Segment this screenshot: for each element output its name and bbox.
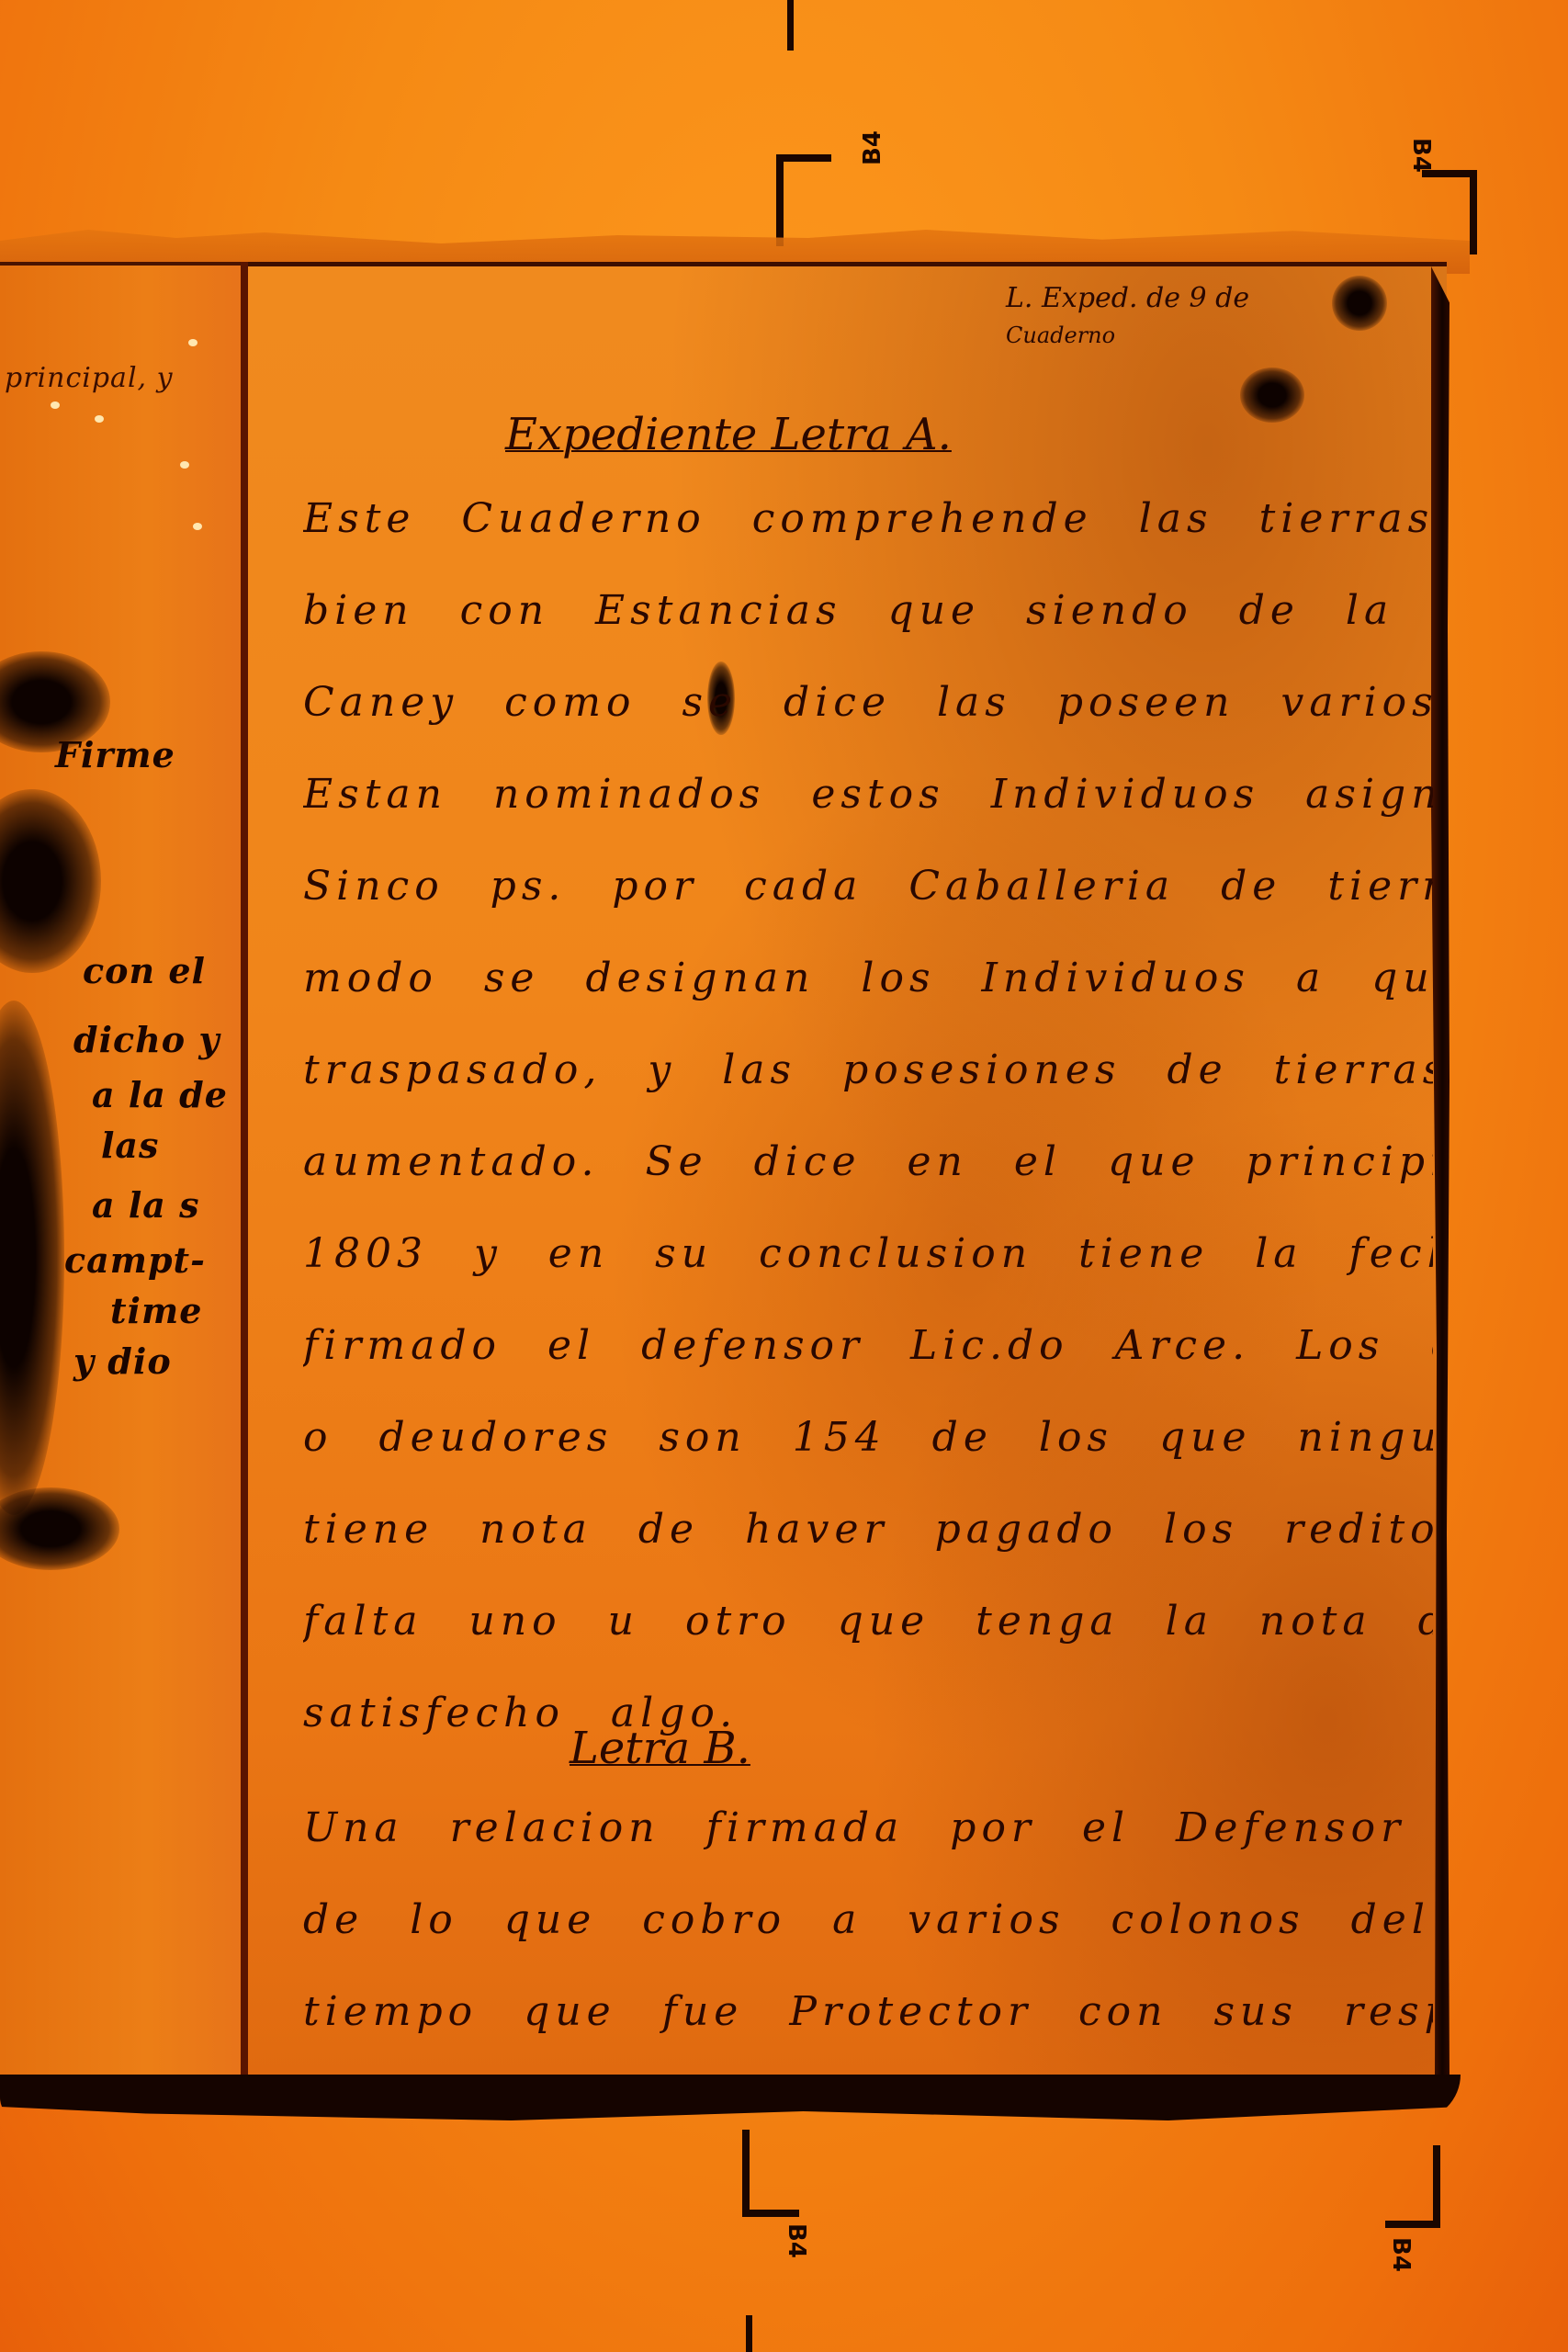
body-text-letra-b: Una relacion firmada por el Defensor Lic… bbox=[303, 1782, 1433, 2058]
left-page-line: Firme bbox=[55, 734, 175, 775]
crop-mark-top-right-v bbox=[1470, 170, 1477, 254]
manuscript-line: Una relacion firmada por el Defensor Lic… bbox=[303, 1782, 1433, 1874]
manuscript-line: Estan nominados estos Individuos asignan… bbox=[303, 749, 1433, 841]
left-page-line: y dio bbox=[73, 1340, 172, 1382]
left-page-line: a la de bbox=[92, 1074, 228, 1115]
crop-mark-label-top-left: B4 bbox=[859, 130, 886, 165]
pinhole bbox=[193, 523, 202, 530]
crop-mark-top-left-h bbox=[776, 154, 831, 162]
crop-mark-bottom-stub bbox=[746, 2315, 752, 2352]
page-shadow-bottom bbox=[0, 2075, 1461, 2120]
manuscript-line: o deudores son 154 de los que ninguno de… bbox=[303, 1392, 1433, 1484]
left-page-line: las bbox=[101, 1125, 159, 1166]
manuscript-line: modo se designan los Individuos a quiene… bbox=[303, 933, 1433, 1024]
marginal-note: L. Exped. de 9 de Cuaderno bbox=[1006, 280, 1249, 354]
left-page-line: time bbox=[110, 1290, 202, 1331]
crop-mark-label-top-right: B4 bbox=[1407, 138, 1435, 173]
left-page-fragment: principal, y Firme con el dicho y a la d… bbox=[0, 262, 246, 2080]
manuscript-line: tiempo que fue Protector con sus respect… bbox=[303, 1966, 1433, 2058]
manuscript-line: bien con Estancias que siendo de la comu… bbox=[303, 565, 1433, 657]
manuscript-line: de lo que cobro a varios colonos del Can… bbox=[303, 1874, 1433, 1966]
manuscript-line: Sinco ps. por cada Caballeria de tierra.… bbox=[303, 841, 1433, 933]
manuscript-line: Caney como se dice las poseen varios Ind… bbox=[303, 657, 1433, 749]
manuscript-line: 1803 y en su conclusion tiene la fecha d… bbox=[303, 1208, 1433, 1300]
body-text-letra-a: Este Cuaderno comprehende las tierras bi… bbox=[303, 473, 1433, 1759]
crop-mark-label-bottom-left: B4 bbox=[783, 2223, 810, 2258]
crop-mark-label-bottom-right: B4 bbox=[1387, 2237, 1415, 2272]
pinhole bbox=[188, 339, 197, 346]
left-page-line: campt- bbox=[64, 1239, 206, 1281]
pinhole bbox=[180, 461, 189, 469]
left-page-line: a la s bbox=[92, 1184, 200, 1226]
pinhole bbox=[95, 415, 104, 423]
left-page-line: principal, y bbox=[5, 362, 174, 394]
manuscript-line: traspasado, y las posesiones de tierras … bbox=[303, 1024, 1433, 1116]
manuscript-line: tiene nota de haver pagado los reditos t… bbox=[303, 1484, 1433, 1576]
page-gutter bbox=[241, 262, 248, 2076]
manuscript-line: Este Cuaderno comprehende las tierras bi… bbox=[303, 473, 1433, 565]
marginal-note-line: L. Exped. de 9 de bbox=[1006, 280, 1249, 317]
crop-mark-bottom-left-v bbox=[742, 2130, 750, 2217]
heading-letra-b: Letra B. bbox=[570, 1723, 750, 1774]
ink-blot bbox=[0, 1001, 64, 1515]
crop-mark-top-left-v bbox=[776, 154, 784, 246]
ink-blot bbox=[0, 789, 101, 973]
heading-expediente-letra-a: Expediente Letra A. bbox=[505, 409, 952, 460]
manuscript-line: falta uno u otro que tenga la nota de ha… bbox=[303, 1576, 1433, 1668]
ink-blot bbox=[0, 1487, 119, 1570]
manuscript-line: aumentado. Se dice en el que principia e… bbox=[303, 1116, 1433, 1208]
manuscript-line: satisfecho algo. bbox=[303, 1668, 1433, 1759]
marginal-note-line: Cuaderno bbox=[1006, 317, 1249, 354]
left-page-line: dicho y bbox=[73, 1019, 220, 1060]
pinhole bbox=[51, 401, 60, 409]
ink-blot bbox=[1332, 276, 1387, 331]
crop-mark-top-stub bbox=[787, 0, 794, 51]
ink-blot bbox=[1240, 367, 1304, 423]
crop-mark-bottom-right-v bbox=[1433, 2145, 1440, 2228]
left-page-line: con el bbox=[83, 950, 206, 991]
manuscript-line: firmado el defensor Lic.do Arce. Los cen… bbox=[303, 1300, 1433, 1392]
crop-mark-bottom-right-h bbox=[1385, 2221, 1440, 2228]
crop-mark-bottom-left-h bbox=[742, 2210, 799, 2217]
